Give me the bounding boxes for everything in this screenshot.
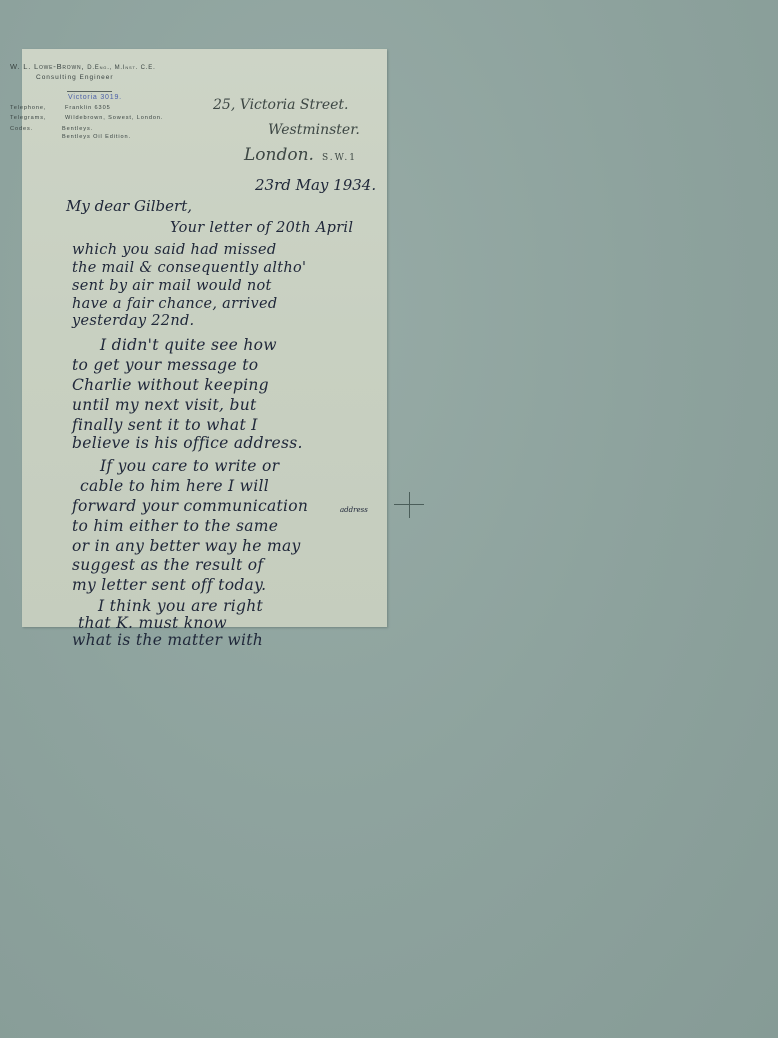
salutation: My dear Gilbert, [66, 197, 192, 215]
letter-line: which you said had missed [72, 242, 276, 258]
letter-line: suggest as the result of [72, 556, 263, 574]
letter-line: what is the matter with [72, 631, 263, 649]
letter-line: Charlie without keeping [72, 376, 269, 394]
address-district: Westminster. [268, 122, 360, 138]
letterhead-title: Consulting Engineer [36, 74, 210, 81]
letter-line: that K. must know [78, 614, 227, 632]
letter-line: If you care to write or [100, 457, 279, 475]
code-value: Bentleys Oil Edition. [62, 134, 131, 140]
code-value: Bentleys. [62, 126, 131, 132]
letter-line: cable to him here I will [80, 477, 269, 495]
letter-line: the mail & consequently altho' [72, 260, 306, 276]
letter-line: Your letter of 20th April [170, 220, 353, 236]
letter-line: finally sent it to what I [72, 416, 258, 434]
address-street: 25, Victoria Street. [213, 97, 348, 113]
letter-line: my letter sent off today. [72, 576, 266, 594]
letter-line: sent by air mail would not [72, 278, 272, 294]
letter-line: or in any better way he may [72, 537, 301, 555]
letter-line: until my next visit, but [72, 396, 257, 414]
codes-label: Codes. [10, 126, 62, 142]
telegrams-value: Wildebrown, Sowest, London. [65, 115, 163, 121]
letterhead-divider [67, 91, 112, 92]
telegrams-label: Telegrams, [10, 115, 65, 121]
letter-line: to him either to the same [72, 517, 278, 535]
address-postcode: S.W.1 [322, 153, 357, 163]
registration-crosshair-icon [394, 492, 424, 518]
telephone-value: Franklin 6305 [65, 105, 111, 111]
letter-line: I didn't quite see how [100, 336, 277, 354]
letterhead-block: W. L. Lowe-Brown, D.Eng., M.Inst. C.E. C… [10, 62, 210, 142]
codes-row: Codes. Bentleys. Bentleys Oil Edition. [10, 126, 210, 142]
engineer-qualifications: D.Eng., M.Inst. C.E. [87, 65, 155, 71]
telegrams-row: Telegrams, Wildebrown, Sowest, London. [10, 115, 210, 121]
telephone-row: Telephone, Franklin 6305 [10, 105, 210, 111]
address-city: London.S.W.1 [244, 145, 357, 165]
letter-line: I think you are right [98, 597, 263, 615]
letter-line: have a fair chance, arrived [72, 296, 277, 312]
letter-date: 23rd May 1934. [255, 176, 376, 194]
telephone-stamp: Victoria 3019. [68, 94, 210, 101]
engineer-name: W. L. Lowe-Brown, [10, 62, 84, 71]
address-city-name: London. [244, 145, 314, 165]
letterhead-name: W. L. Lowe-Brown, D.Eng., M.Inst. C.E. [10, 62, 210, 71]
letter-line: to get your message to [72, 356, 258, 374]
letter-line: believe is his office address. [72, 434, 303, 452]
letter-line: yesterday 22nd. [72, 313, 194, 329]
letter-line: forward your communication [72, 497, 308, 515]
telephone-label: Telephone, [10, 105, 65, 111]
insertion-word: address [340, 506, 368, 514]
